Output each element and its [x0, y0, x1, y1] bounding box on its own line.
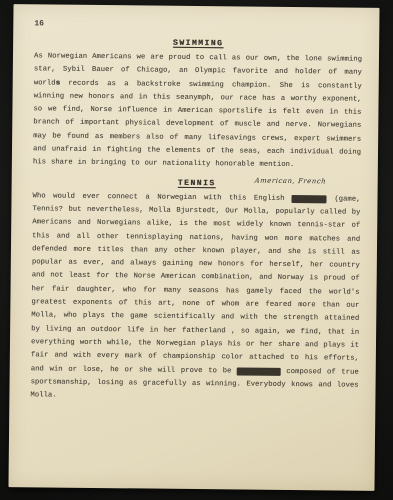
- swimming-paragraph: As Norwegian Americans we are proud to c…: [33, 50, 362, 173]
- typewritten-text: Who would ever connect a Norwegian with …: [32, 192, 291, 203]
- page-content: SWIMMING As Norwegian Americans we are p…: [30, 37, 362, 406]
- blackout-text: xxxxxxxxxx: [237, 367, 281, 375]
- scan-background: 16 SWIMMING As Norwegian Americans we ar…: [0, 0, 393, 500]
- typewritten-text: records as a backstroke swimming champio…: [33, 79, 362, 169]
- section-tennis: TENNIS American, French Who would ever c…: [30, 177, 360, 406]
- swimming-heading: SWIMMING: [34, 37, 362, 49]
- page-number: 16: [34, 19, 44, 28]
- handwritten-annotation: American, French: [254, 176, 326, 185]
- scan-page: 16 SWIMMING As Norwegian Americans we ar…: [8, 4, 379, 491]
- tennis-paragraph: Who would ever connect a Norwegian with …: [30, 190, 360, 406]
- typewritten-text: (game, Tennis? but nevertheless, Molla B…: [31, 195, 361, 375]
- section-swimming: SWIMMING As Norwegian Americans we are p…: [33, 37, 362, 173]
- blackout-text: xxxxxxxx: [292, 195, 327, 203]
